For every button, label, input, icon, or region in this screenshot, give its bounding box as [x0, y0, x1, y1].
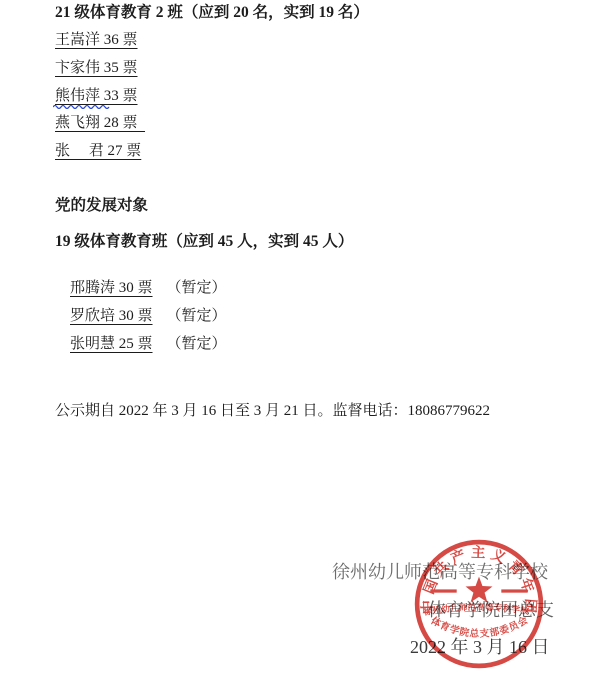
vote-result: 张明慧 25 票: [70, 336, 153, 352]
svg-text:体育学院总支部委员会: 体育学院总支部委员会: [429, 613, 531, 640]
seal-right-bar: [501, 589, 527, 592]
star-icon: [466, 577, 493, 603]
seal-committee-text: 体育学院总支部委员会: [429, 613, 531, 640]
spellcheck-wavy-underline-icon: [53, 103, 111, 109]
vote-line: 张 君 27 票: [55, 142, 141, 160]
vote-line: 王嵩洋 36 票: [55, 31, 138, 49]
class21-heading: 21 级体育教育 2 班（应到 20 名，实到 19 名）: [55, 4, 369, 23]
vote-line: 张明慧 25 票（暂定）: [55, 317, 227, 371]
seal-left-bar: [430, 589, 456, 592]
notice-period-line: 公示期自 2022 年 3 月 16 日至 3 月 21 日。监督电话：1808…: [55, 402, 490, 420]
vote-line: 卞家伟 35 票: [55, 59, 138, 77]
vote-line: 燕飞翔 28 票: [55, 114, 145, 132]
seal-school-text: 徐州幼儿师范高等专科学校: [423, 601, 530, 617]
development-heading: 党的发展对象: [55, 197, 148, 216]
public-notice-document: 21 级体育教育 2 班（应到 20 名，实到 19 名） 王嵩洋 36 票 卞…: [0, 0, 615, 675]
official-seal-stamp: 中国共产主义青年团 徐州幼儿师范高等专科学校 体育学院总支部委员会: [408, 533, 550, 675]
svg-text:徐州幼儿师范高等专科学校: 徐州幼儿师范高等专科学校: [423, 601, 530, 617]
tentative-note: （暂定）: [167, 336, 227, 352]
development-subheading: 19 级体育教育班（应到 45 人，实到 45 人）: [55, 233, 353, 252]
